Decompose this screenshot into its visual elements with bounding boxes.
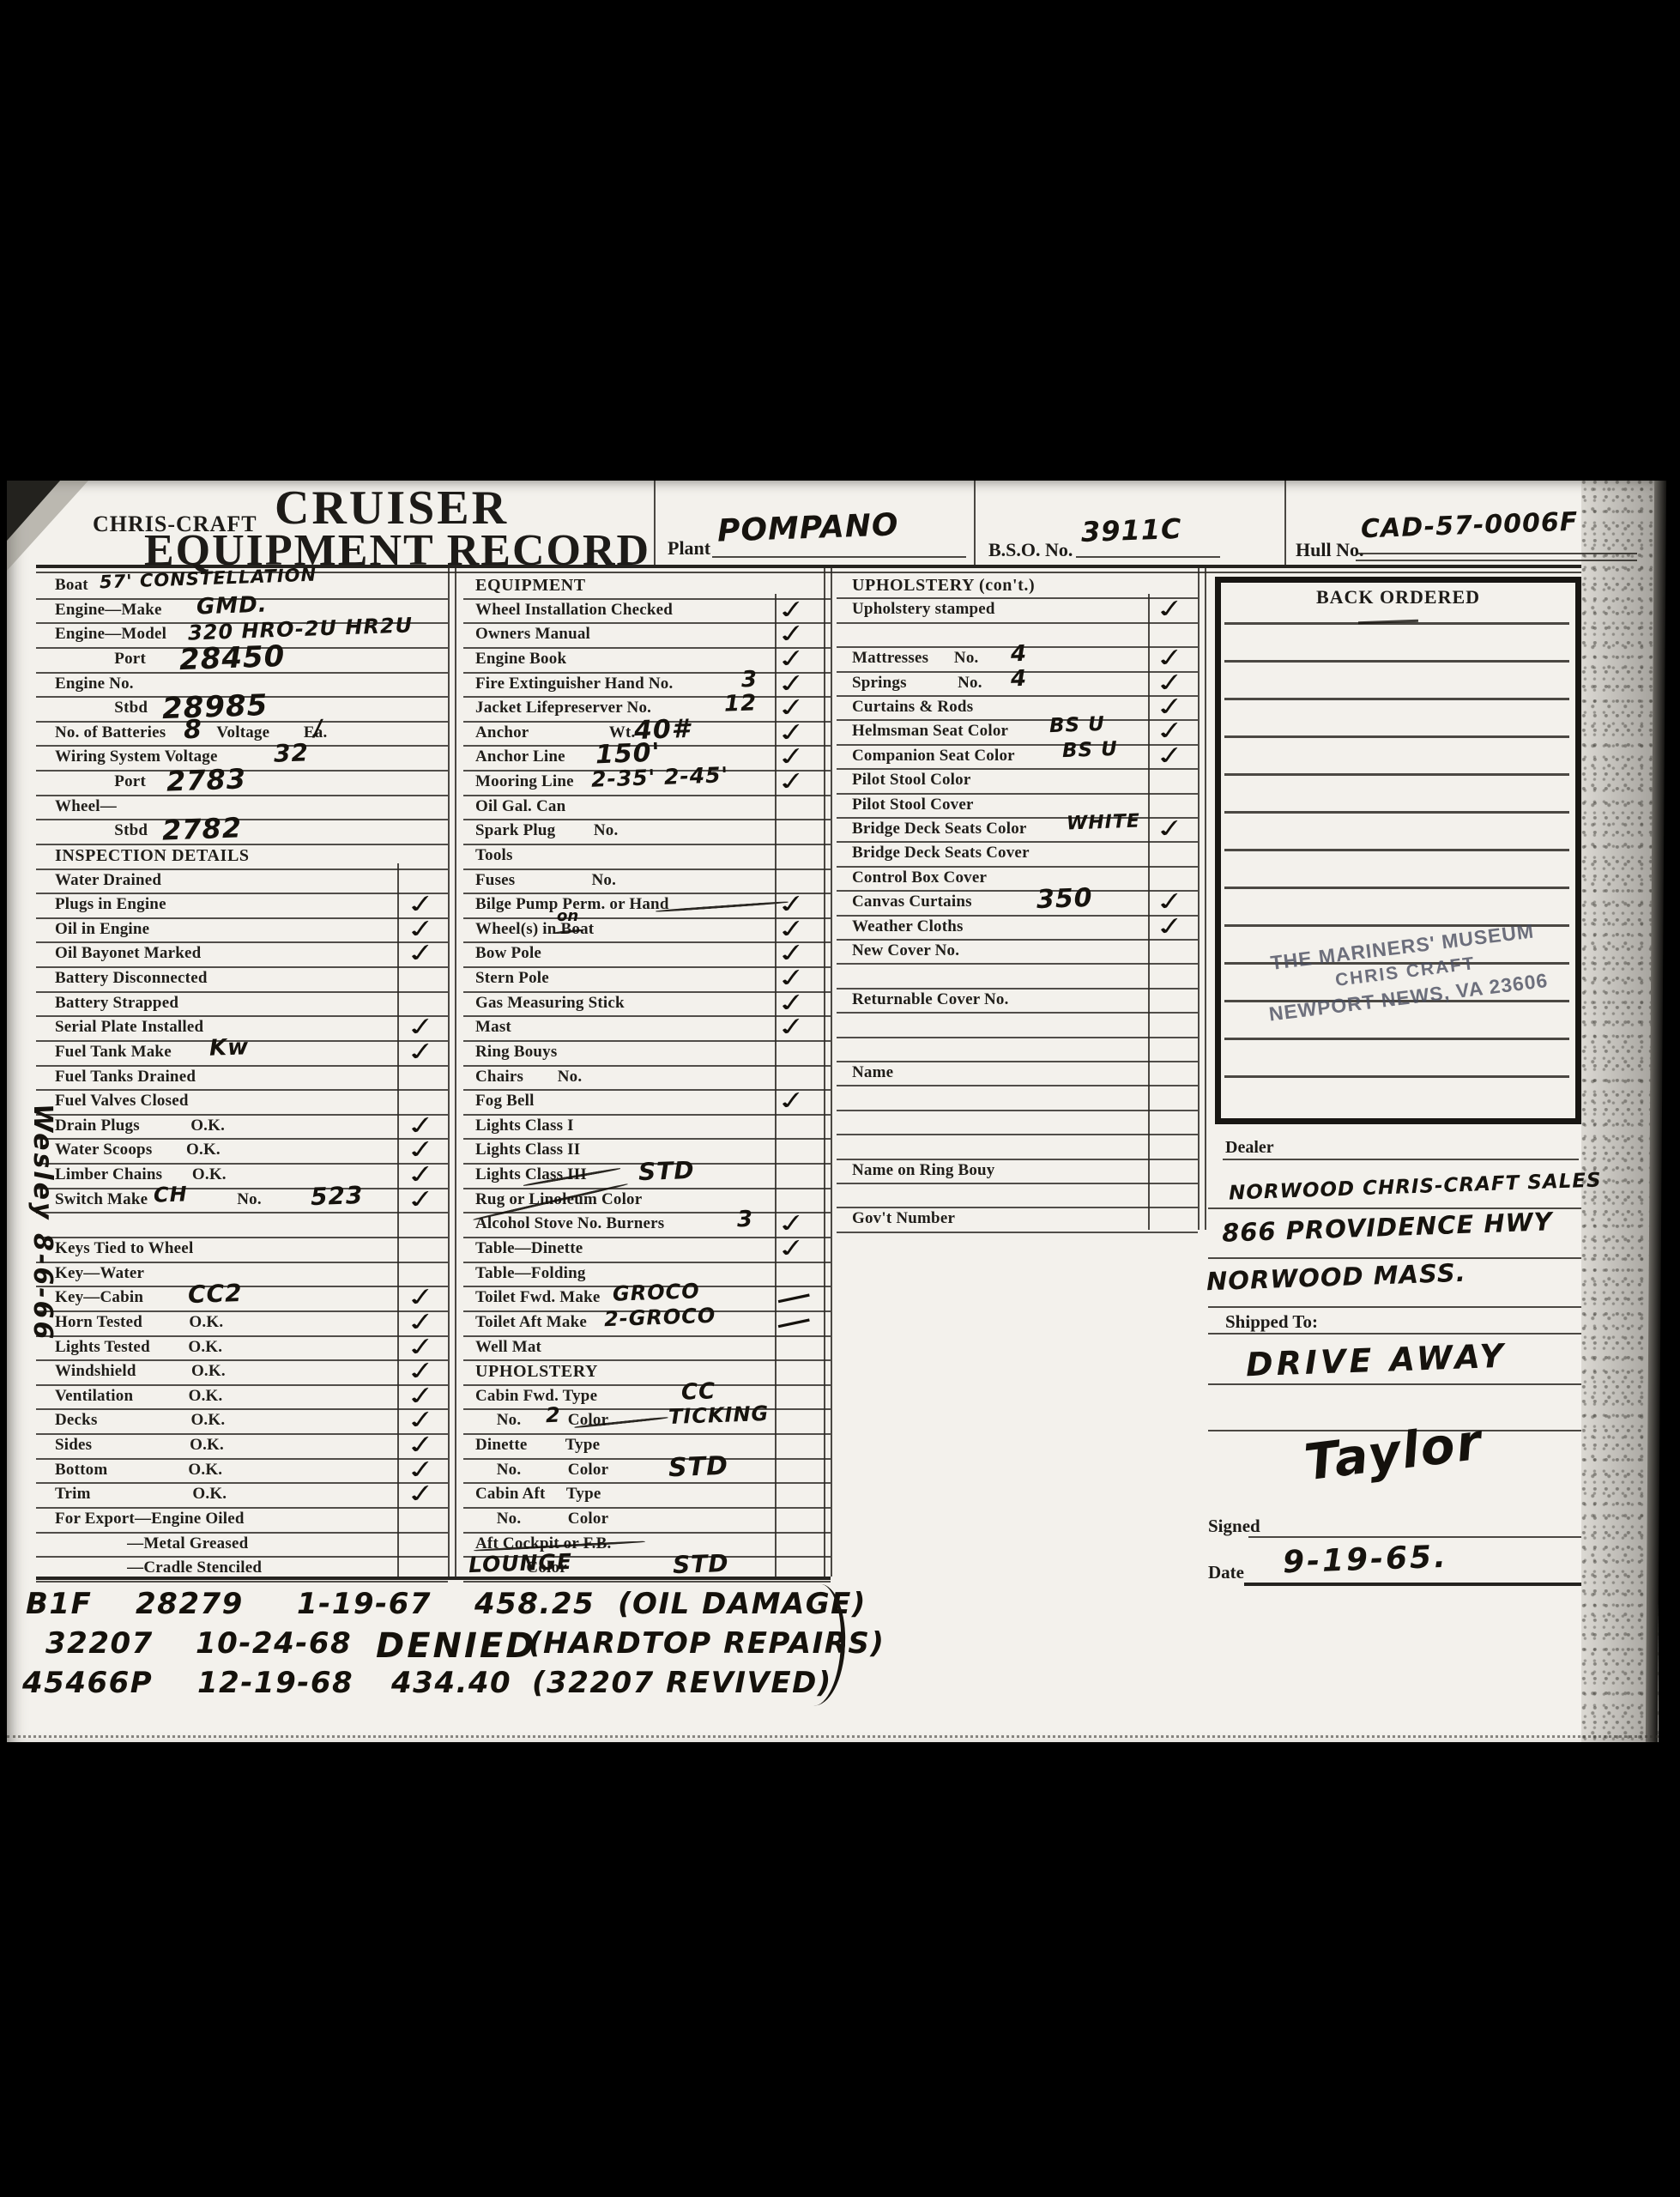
form-row: Port2783 bbox=[36, 770, 448, 796]
row-label: Water Drained bbox=[55, 871, 161, 890]
row-label: UPHOLSTERY bbox=[475, 1362, 598, 1382]
form-row: Gov't Number bbox=[837, 1207, 1198, 1232]
row-label: —Cradle Stenciled bbox=[55, 1558, 262, 1577]
form-row: Bridge Deck Seats ColorWHITE✓ bbox=[837, 817, 1198, 843]
check-mark: ✓ bbox=[775, 768, 809, 796]
hull-underline-1 bbox=[1356, 553, 1637, 554]
header-divider-2 bbox=[974, 481, 976, 565]
form-row: Curtains & Rods✓ bbox=[837, 695, 1198, 721]
form-row bbox=[837, 1012, 1198, 1038]
dealer-city: NORWOOD MASS. bbox=[1206, 1261, 1467, 1295]
row-label: Bridge Deck Seats Color bbox=[852, 820, 1027, 838]
form-row: New Cover No. bbox=[837, 939, 1198, 965]
dealer-line-2 bbox=[1208, 1257, 1581, 1259]
form-row: Springs No.4✓ bbox=[837, 671, 1198, 697]
row-label: Oil in Engine bbox=[55, 920, 149, 939]
form-row: Battery Strapped bbox=[36, 991, 448, 1018]
form-row: Windshield O.K.✓ bbox=[36, 1359, 448, 1386]
form-row: Water Scoops O.K.✓ bbox=[36, 1138, 448, 1165]
row-handwritten-value: 2-GROCO bbox=[604, 1305, 716, 1330]
row-label: Stbd bbox=[55, 821, 148, 840]
form-row bbox=[36, 1212, 448, 1238]
section-header-row: INSPECTION DETAILS bbox=[36, 844, 448, 870]
form-row bbox=[837, 1037, 1198, 1062]
row-label: Pilot Stool Cover bbox=[852, 796, 974, 814]
form-row: Name bbox=[837, 1061, 1198, 1086]
form-row: Water Drained bbox=[36, 869, 448, 895]
header-divider-3 bbox=[1284, 481, 1286, 565]
note-entry: 10-24-68 bbox=[196, 1629, 352, 1658]
form-row: Ventilation O.K.✓ bbox=[36, 1384, 448, 1411]
row-label: Mooring Line bbox=[475, 772, 574, 791]
row-label: Fog Bell bbox=[475, 1092, 535, 1111]
row-handwritten-value: 2 bbox=[546, 1405, 562, 1426]
signed-line bbox=[1248, 1536, 1581, 1538]
dealer-signature: Taylor bbox=[1302, 1413, 1486, 1492]
hull-value: CAD-57-0006F bbox=[1361, 510, 1579, 543]
form-row bbox=[837, 1183, 1198, 1208]
shipped-to-label: Shipped To: bbox=[1225, 1311, 1318, 1333]
row-label: No. Color bbox=[475, 1510, 608, 1528]
row-label: Spark Plug No. bbox=[475, 821, 618, 840]
date-value: 9-19-65. bbox=[1282, 1542, 1448, 1579]
form-row: Horn Tested O.K.✓ bbox=[36, 1310, 448, 1337]
check-mark: ✓ bbox=[1153, 596, 1187, 624]
form-row: Bottom O.K.✓ bbox=[36, 1458, 448, 1485]
hull-underline-2 bbox=[1356, 560, 1637, 561]
note-entry: 28279 bbox=[136, 1589, 244, 1619]
dealer-name: NORWOOD CHRIS-CRAFT SALES bbox=[1229, 1171, 1602, 1203]
note-entry: 458.25 bbox=[474, 1589, 595, 1619]
row-handwritten-value: WHITE bbox=[1067, 813, 1141, 834]
shipped-to-value: DRIVE AWAY bbox=[1245, 1340, 1507, 1382]
row-handwritten-value: CH bbox=[154, 1183, 189, 1205]
form-row: Oil Bayonet Marked✓ bbox=[36, 941, 448, 968]
hull-label: Hull No. bbox=[1296, 539, 1363, 561]
form-row: Switch Make No.CH523✓ bbox=[36, 1188, 448, 1214]
check-mark: ✓ bbox=[1153, 741, 1187, 770]
row-label: Windshield O.K. bbox=[55, 1362, 226, 1381]
row-label: Engine Book bbox=[475, 650, 566, 669]
row-label: Boat bbox=[55, 576, 88, 595]
row-handwritten-value: 2782 bbox=[161, 814, 242, 844]
note-entry: (32207 REVIVED) bbox=[532, 1668, 832, 1698]
form-row: Key—CabinCC2✓ bbox=[36, 1286, 448, 1312]
row-label: UPHOLSTERY (con't.) bbox=[852, 576, 1035, 596]
scan-bottom-smudge bbox=[7, 1735, 1659, 1738]
form-row: Fuel Tanks Drained bbox=[36, 1065, 448, 1092]
row-label: Horn Tested O.K. bbox=[55, 1313, 223, 1332]
row-handwritten-value: STD bbox=[638, 1159, 695, 1184]
row-label: Table—Dinette bbox=[475, 1239, 583, 1258]
note-entry: 12-19-68 bbox=[197, 1668, 354, 1698]
row-handwritten-value: 32 bbox=[274, 741, 310, 766]
form-row: Oil in Engine✓ bbox=[36, 917, 448, 944]
row-label: Port bbox=[55, 772, 146, 791]
row-label: Stern Pole bbox=[475, 969, 549, 988]
back-ordered-line bbox=[1224, 811, 1569, 814]
note-denied-stamp: DENIED bbox=[376, 1629, 536, 1663]
check-mark: ✓ bbox=[404, 1185, 438, 1213]
row-label: No. Color bbox=[475, 1461, 608, 1480]
row-label: Alcohol Stove No. Burners bbox=[475, 1214, 664, 1233]
row-handwritten-value: 4 bbox=[1011, 667, 1028, 690]
row-label: Springs No. bbox=[852, 674, 982, 693]
bso-underline bbox=[1076, 556, 1220, 558]
row-label: Battery Strapped bbox=[55, 994, 178, 1013]
row-label: Tools bbox=[475, 846, 513, 865]
form-row: Decks O.K.✓ bbox=[36, 1408, 448, 1435]
form-bottom-rule bbox=[36, 1577, 831, 1580]
row-label: Owners Manual bbox=[475, 625, 590, 644]
margin-note: Wesley 8-6-66 bbox=[29, 1104, 55, 1341]
dealer-address: 866 PROVIDENCE HWY bbox=[1222, 1209, 1553, 1245]
row-label: For Export—Engine Oiled bbox=[55, 1510, 245, 1528]
row-label: Plugs in Engine bbox=[55, 895, 166, 914]
row-label: Wheel Installation Checked bbox=[475, 601, 673, 620]
scanned-document-canvas: CHRIS-CRAFT CRUISER EQUIPMENT RECORD Pla… bbox=[0, 0, 1680, 2197]
row-label: Drain Plugs O.K. bbox=[55, 1117, 225, 1135]
row-handwritten-value: 57' CONSTELLATION bbox=[100, 566, 317, 592]
row-label: Lights Class I bbox=[475, 1117, 574, 1135]
form-row: Drain Plugs O.K.✓ bbox=[36, 1114, 448, 1141]
row-label: —Metal Greased bbox=[55, 1534, 248, 1553]
form-row: Canvas Curtains350✓ bbox=[837, 890, 1198, 916]
mid-right-divider-1 bbox=[824, 568, 825, 1577]
dealer-line-3 bbox=[1208, 1306, 1581, 1308]
back-ordered-line bbox=[1224, 773, 1569, 776]
row-handwritten-value: 2783 bbox=[166, 765, 246, 795]
row-label: Keys Tied to Wheel bbox=[55, 1239, 193, 1258]
row-label: Toilet Fwd. Make bbox=[475, 1288, 601, 1307]
form-row bbox=[837, 963, 1198, 989]
row-label: Engine No. bbox=[55, 675, 134, 693]
row-label: Serial Plate Installed bbox=[55, 1018, 203, 1037]
row-label: Engine—Model bbox=[55, 625, 166, 644]
row-label: Wheel— bbox=[55, 797, 117, 816]
row-label: Bridge Deck Seats Cover bbox=[852, 844, 1030, 862]
dealer-underline bbox=[1223, 1159, 1579, 1160]
row-label: Fuel Tank Make bbox=[55, 1043, 172, 1062]
pen-strike bbox=[656, 901, 789, 913]
row-label: Returnable Cover No. bbox=[852, 990, 1009, 1009]
row-handwritten-value: 12 bbox=[724, 692, 758, 715]
form-row bbox=[837, 1110, 1198, 1135]
row-label: Battery Disconnected bbox=[55, 969, 208, 988]
row-label: Name bbox=[852, 1063, 893, 1082]
plant-label: Plant bbox=[668, 537, 710, 560]
row-label: Oil Bayonet Marked bbox=[55, 944, 201, 963]
row-label: Jacket Lifepreserver No. bbox=[475, 699, 651, 717]
form-row: Bridge Deck Seats Cover bbox=[837, 841, 1198, 867]
back-ordered-line bbox=[1224, 1038, 1569, 1040]
row-handwritten-value: 28985 bbox=[161, 691, 268, 723]
row-label: Cabin Fwd. Type bbox=[475, 1387, 597, 1406]
form-row: Companion Seat ColorBS U✓ bbox=[837, 744, 1198, 770]
row-label: No. Color bbox=[475, 1411, 608, 1430]
row-handwritten-value-2: STD bbox=[668, 1453, 728, 1480]
form-row: Wheel— bbox=[36, 795, 448, 821]
row-label: Ventilation O.K. bbox=[55, 1387, 222, 1406]
plant-value: POMPANO bbox=[716, 510, 899, 547]
back-ordered-box: BACK ORDERED bbox=[1215, 577, 1581, 1124]
back-ordered-line bbox=[1224, 849, 1569, 851]
row-handwritten-value: CC bbox=[681, 1380, 716, 1403]
row-label: Name on Ring Bouy bbox=[852, 1161, 995, 1180]
back-ordered-line bbox=[1224, 1075, 1569, 1078]
mid-right-divider-2 bbox=[831, 568, 832, 1577]
row-handwritten-value: CC2 bbox=[188, 1281, 244, 1307]
back-ordered-title: BACK ORDERED bbox=[1221, 586, 1575, 608]
row-label: EQUIPMENT bbox=[475, 576, 586, 596]
row-label: Companion Seat Color bbox=[852, 747, 1015, 766]
form-row: Keys Tied to Wheel bbox=[36, 1237, 448, 1263]
shipped-to-line bbox=[1208, 1333, 1581, 1335]
row-label: Well Mat bbox=[475, 1338, 541, 1357]
date-line bbox=[1244, 1583, 1581, 1586]
form-row: Fuel Tank MakeKw✓ bbox=[36, 1040, 448, 1067]
row-handwritten-value-2: TICKING bbox=[668, 1403, 770, 1427]
row-label: Trim O.K. bbox=[55, 1485, 227, 1504]
row-handwritten-value: 2-35' 2-45' bbox=[591, 764, 729, 790]
row-label: Gas Measuring Stick bbox=[475, 994, 625, 1013]
row-label: Decks O.K. bbox=[55, 1411, 225, 1430]
equipment-record-page: CHRIS-CRAFT CRUISER EQUIPMENT RECORD Pla… bbox=[7, 481, 1659, 1742]
row-label: Toilet Aft Make bbox=[475, 1313, 587, 1332]
row-label: Control Box Cover bbox=[852, 869, 987, 887]
row-handwritten-value: 350 bbox=[1036, 886, 1093, 913]
form-row: Limber Chains O.K.✓ bbox=[36, 1163, 448, 1189]
mid-check-column-rule bbox=[775, 594, 777, 1577]
row-label: Pilot Stool Color bbox=[852, 771, 971, 790]
row-label: Chairs No. bbox=[475, 1068, 582, 1086]
check-mark: — bbox=[774, 1308, 813, 1337]
row-label: New Cover No. bbox=[852, 941, 959, 960]
note-entry: 45466P bbox=[22, 1668, 153, 1698]
dealer-label: Dealer bbox=[1225, 1138, 1274, 1158]
section-header-row: UPHOLSTERY (con't.) bbox=[837, 573, 1198, 599]
row-annotation: on bbox=[557, 907, 578, 925]
shipped-line-2 bbox=[1208, 1383, 1581, 1385]
form-row: Upholstery stamped✓ bbox=[837, 597, 1198, 623]
row-handwritten-value: LOUNGE bbox=[468, 1551, 573, 1576]
right-box-divider-2 bbox=[1205, 568, 1206, 1230]
form-row: Pilot Stool Color bbox=[837, 768, 1198, 794]
row-label: Key—Water bbox=[55, 1264, 144, 1283]
row-handwritten-value: Kw bbox=[209, 1036, 250, 1060]
row-label: Canvas Curtains bbox=[852, 893, 972, 911]
check-mark: ✓ bbox=[775, 1014, 809, 1042]
row-label: Key—Cabin bbox=[55, 1288, 143, 1307]
note-entry: 434.40 bbox=[391, 1668, 511, 1698]
row-label: Oil Gal. Can bbox=[475, 797, 565, 816]
bso-label: B.S.O. No. bbox=[988, 539, 1073, 561]
back-ordered-line bbox=[1224, 887, 1569, 889]
row-handwritten-value: 3 bbox=[737, 1208, 754, 1232]
form-row: Pilot Stool Cover bbox=[837, 793, 1198, 819]
row-label: Bow Pole bbox=[475, 944, 541, 963]
row-handwritten-value-2: STD bbox=[673, 1552, 729, 1577]
form-row: For Export—Engine Oiled bbox=[36, 1507, 448, 1534]
form-row: Lights Tested O.K.✓ bbox=[36, 1335, 448, 1362]
row-label: Upholstery stamped bbox=[852, 600, 995, 619]
plant-underline bbox=[712, 556, 966, 558]
row-label: Weather Cloths bbox=[852, 917, 964, 936]
note-entry: B1F bbox=[26, 1589, 92, 1619]
row-handwritten-value: 320 HRO-2U HR2U bbox=[188, 615, 414, 644]
row-label: Lights Tested O.K. bbox=[55, 1338, 222, 1357]
right-check-column-rule bbox=[1148, 594, 1150, 1230]
row-label: Dinette Type bbox=[475, 1436, 600, 1455]
form-row: Weather Cloths✓ bbox=[837, 915, 1198, 941]
row-label: Bottom O.K. bbox=[55, 1461, 222, 1480]
row-label: INSPECTION DETAILS bbox=[55, 846, 250, 866]
row-label: Sides O.K. bbox=[55, 1436, 224, 1455]
form-row: Stbd2782 bbox=[36, 819, 448, 845]
row-handwritten-value: 28450 bbox=[178, 642, 285, 675]
row-label: Lights Class III bbox=[475, 1165, 587, 1184]
form-row: —Metal Greased bbox=[36, 1532, 448, 1558]
check-mark: ✓ bbox=[775, 1235, 809, 1263]
left-mid-divider-1 bbox=[448, 568, 450, 1577]
row-label: Engine—Make bbox=[55, 601, 162, 620]
row-handwritten-value: BS U bbox=[1062, 740, 1119, 761]
row-label: Curtains & Rods bbox=[852, 698, 973, 717]
row-label: Cabin Aft Type bbox=[475, 1485, 601, 1504]
check-mark: ✓ bbox=[404, 940, 438, 968]
note-entry: 32207 bbox=[45, 1629, 154, 1658]
form-row: Sides O.K.✓ bbox=[36, 1433, 448, 1460]
form-row: Name on Ring Bouy bbox=[837, 1159, 1198, 1184]
row-label: Mattresses No. bbox=[852, 649, 979, 668]
check-mark: ✓ bbox=[1153, 912, 1187, 941]
check-mark: ✓ bbox=[1153, 815, 1187, 844]
row-handwritten-value-2: 523 bbox=[311, 1183, 364, 1209]
row-label: Limber Chains O.K. bbox=[55, 1165, 227, 1184]
row-handwritten-value: 4 bbox=[1011, 643, 1028, 666]
row-label: Mast bbox=[475, 1018, 511, 1037]
row-label: Helmsman Seat Color bbox=[852, 722, 1008, 741]
form-row bbox=[837, 1085, 1198, 1111]
bso-value: 3911C bbox=[1080, 515, 1182, 546]
check-mark: ✓ bbox=[404, 1038, 438, 1067]
check-mark: ✓ bbox=[404, 1480, 438, 1509]
row-handwritten-value: GMD. bbox=[196, 593, 269, 618]
left-mid-divider-2 bbox=[455, 568, 456, 1577]
form-row: No. of Batteries Voltage Ea.8/ bbox=[36, 721, 448, 747]
row-label: Water Scoops O.K. bbox=[55, 1141, 221, 1159]
back-ordered-line bbox=[1224, 735, 1569, 738]
row-handwritten-value: GROCO bbox=[613, 1280, 700, 1304]
form-row: Stbd28985 bbox=[36, 696, 448, 723]
row-label: Anchor Line bbox=[475, 747, 565, 766]
form-row: Plugs in Engine✓ bbox=[36, 893, 448, 919]
form-row: Helmsman Seat ColorBS U✓ bbox=[837, 719, 1198, 745]
signed-label: Signed bbox=[1208, 1516, 1260, 1537]
row-handwritten-value: 3 bbox=[741, 668, 758, 691]
right-box-divider-1 bbox=[1198, 568, 1200, 1230]
form-row: Fuel Valves Closed bbox=[36, 1089, 448, 1116]
header-divider-1 bbox=[654, 481, 656, 565]
row-label: Fuel Tanks Drained bbox=[55, 1068, 196, 1086]
row-label: Gov't Number bbox=[852, 1209, 955, 1228]
form-row bbox=[837, 1134, 1198, 1159]
row-label: Fuses No. bbox=[475, 871, 616, 890]
left-check-column-rule bbox=[397, 863, 399, 1577]
note-entry: 1-19-67 bbox=[297, 1589, 432, 1619]
date-label: Date bbox=[1208, 1562, 1244, 1583]
back-ordered-line bbox=[1224, 660, 1569, 663]
back-ordered-line bbox=[1224, 698, 1569, 700]
row-label: Port bbox=[55, 650, 146, 669]
form-row: Port28450 bbox=[36, 647, 448, 674]
form-row: Control Box Cover bbox=[837, 866, 1198, 892]
row-handwritten-value: 8 bbox=[183, 717, 202, 743]
row-handwritten-value-2: / bbox=[314, 717, 323, 740]
row-label: Table—Folding bbox=[475, 1264, 586, 1283]
row-handwritten-value: BS U bbox=[1049, 715, 1106, 736]
row-label: Fuel Valves Closed bbox=[55, 1092, 189, 1111]
row-label: Fire Extinguisher Hand No. bbox=[475, 675, 673, 693]
row-label: Stbd bbox=[55, 699, 148, 717]
check-mark: ✓ bbox=[775, 1087, 809, 1116]
row-label: Ring Bouys bbox=[475, 1043, 557, 1062]
form-row: Battery Disconnected bbox=[36, 966, 448, 993]
form-row: Returnable Cover No. bbox=[837, 988, 1198, 1014]
form-row: Trim O.K.✓ bbox=[36, 1482, 448, 1509]
row-label: Lights Class II bbox=[475, 1141, 580, 1159]
